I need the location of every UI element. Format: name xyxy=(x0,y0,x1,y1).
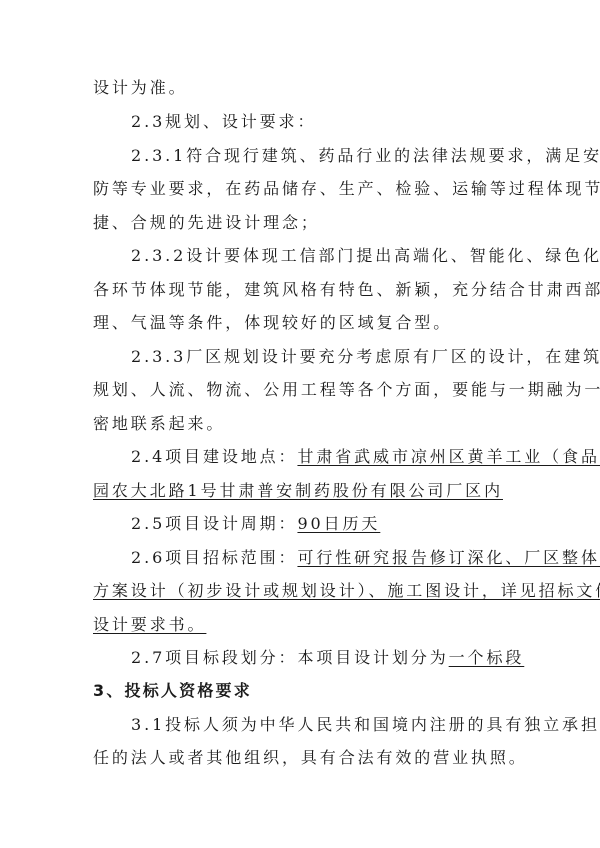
paragraph-line: 2.3.2设计要体现工信部门提出高端化、智能化、绿色化理念， xyxy=(131,244,600,268)
field-value: 可行性研究报告修订深化、厂区整体规划、 xyxy=(297,548,600,567)
paragraph-line: 各环节体现节能，建筑风格有特色、新颖，充分结合甘肃西部自然地 xyxy=(93,278,600,302)
lot-division-line: 2.7项目标段划分：本项目设计划分为一个标段 xyxy=(131,646,524,670)
field-value: 方案设计（初步设计或规划设计）、施工图设计，详见招标文件附件 xyxy=(93,581,600,600)
paragraph-line: 2.3.1符合现行建筑、药品行业的法律法规要求，满足安全、消 xyxy=(131,144,600,168)
bidding-scope-line-cont: 方案设计（初步设计或规划设计）、施工图设计，详见招标文件附件 xyxy=(93,579,600,603)
paragraph-line: 任的法人或者其他组织，具有合法有效的营业执照。 xyxy=(93,746,528,770)
design-period-line: 2.5项目设计周期：90日历天 xyxy=(131,512,380,536)
field-value: 一个标段 xyxy=(449,648,525,667)
paragraph-line: 设计为准。 xyxy=(93,76,188,100)
project-location-line-cont: 园农大北路1号甘肃普安制药股份有限公司厂区内 xyxy=(93,479,503,503)
field-value: 园农大北路1号甘肃普安制药股份有限公司厂区内 xyxy=(93,481,503,500)
field-label: 2.5项目设计周期： xyxy=(131,514,297,533)
field-value: 90日历天 xyxy=(297,514,380,533)
paragraph-line: 密地联系起来。 xyxy=(93,412,225,436)
project-location-line: 2.4项目建设地点：甘肃省武威市凉州区黄羊工业（食品）示范 xyxy=(131,445,600,469)
section-heading-2-3: 2.3规划、设计要求： xyxy=(131,110,316,134)
field-label: 2.7项目标段划分：本项目设计划分为 xyxy=(131,648,449,667)
paragraph-line: 防等专业要求，在药品储存、生产、检验、运输等过程体现节能、便 xyxy=(93,177,600,201)
paragraph-line: 理、气温等条件，体现较好的区域复合型。 xyxy=(93,311,452,335)
paragraph-line: 规划、人流、物流、公用工程等各个方面，要能与一期融为一体，紧 xyxy=(93,378,600,402)
bidding-scope-line: 2.6项目招标范围：可行性研究报告修订深化、厂区整体规划、 xyxy=(131,546,600,570)
bidding-scope-line-cont: 设计要求书。 xyxy=(93,613,206,637)
field-label: 2.6项目招标范围： xyxy=(131,548,297,567)
section-heading-3: 3、投标人资格要求 xyxy=(93,679,252,703)
field-value: 设计要求书。 xyxy=(93,615,206,634)
field-value: 甘肃省武威市凉州区黄羊工业（食品）示范 xyxy=(297,447,600,466)
paragraph-line: 3.1投标人须为中华人民共和国境内注册的具有独立承担民事责 xyxy=(131,713,600,737)
field-label: 2.4项目建设地点： xyxy=(131,447,297,466)
paragraph-line: 捷、合规的先进设计理念； xyxy=(93,211,320,235)
paragraph-line: 2.3.3厂区规划设计要充分考虑原有厂区的设计，在建筑风格、 xyxy=(131,345,600,369)
